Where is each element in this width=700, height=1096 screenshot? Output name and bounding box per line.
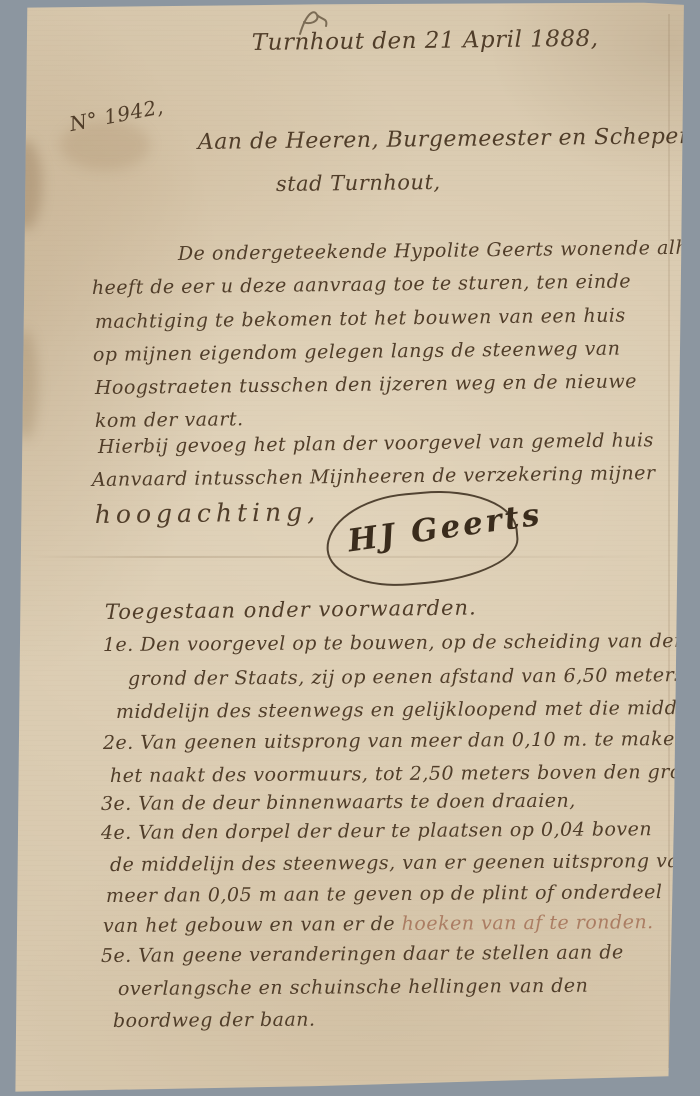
condition-line: overlangsche en schuinsche hellingen van…	[118, 975, 589, 1000]
condition-line: 3e. Van de deur binnenwaarts te doen dra…	[101, 790, 576, 815]
letter-body-line: De ondergeteekende Hypolite Geerts wonen…	[178, 236, 700, 265]
letter-body-line: kom der vaart.	[95, 408, 244, 432]
letter-body-line: heeft de eer u deze aanvraag toe te stur…	[92, 270, 631, 299]
letter-body-line: machtiging te bekomen tot het bouwen van…	[95, 305, 626, 333]
red-ink-text: hoeken van af te ronden.	[402, 911, 654, 935]
paper-sheet: Turnhout den 21 April 1888, N° 1942, Aan…	[0, 0, 700, 1096]
letter-body-line: Aanvaard intusschen Mijnheeren de verzek…	[92, 462, 656, 491]
scanned-letter-screenshot: { "page": { "background_color": "#8c96a0…	[0, 0, 700, 1096]
condition-line: het naakt des voormuurs, tot 2,50 meters…	[110, 761, 700, 787]
condition-line: 2e. Van geenen uitsprong van meer dan 0,…	[103, 728, 700, 754]
addressee-line-2: stad Turnhout,	[276, 170, 441, 196]
conditions-heading: Toegestaan onder voorwaarden.	[105, 595, 477, 624]
closing-line: hoogachting,	[95, 497, 321, 529]
condition-line: meer dan 0,05 m aan te geven op de plint…	[106, 881, 663, 907]
letter-body-line: Hoogstraeten tusschen den ijzeren weg en…	[95, 370, 637, 399]
condition-line: 1e. Den voorgevel op te bouwen, op de sc…	[103, 630, 687, 656]
condition-line: de middelijn des steenwegs, van er geene…	[110, 850, 692, 876]
condition-line: middelijn des steenwegs en gelijkloopend…	[116, 697, 700, 723]
signature-oval: HJ Geerts	[322, 484, 521, 592]
condition-line: 4e. Van den dorpel der deur te plaatsen …	[101, 818, 652, 844]
fold-crease-vertical	[668, 14, 670, 1068]
signature: HJ Geerts	[346, 496, 545, 559]
condition-line: 5e. Van geene veranderingen daar te stel…	[101, 941, 624, 967]
letter-body-line: Hierbij gevoeg het plan der voorgevel va…	[98, 429, 654, 458]
date-line: Turnhout den 21 April 1888,	[252, 26, 599, 56]
stain	[8, 140, 42, 230]
condition-text: van het gebouw en van er de	[103, 913, 402, 937]
addressee-line-1: Aan de Heeren, Burgemeester en Schepen d…	[198, 123, 700, 155]
letter-body-line: op mijnen eigendom gelegen langs de stee…	[93, 338, 621, 366]
condition-line: grond der Staats, zij op eenen afstand v…	[128, 664, 700, 690]
condition-line: van het gebouw en van er de hoeken van a…	[103, 911, 654, 937]
stain	[12, 330, 38, 440]
condition-line: boordweg der baan.	[113, 1009, 316, 1032]
